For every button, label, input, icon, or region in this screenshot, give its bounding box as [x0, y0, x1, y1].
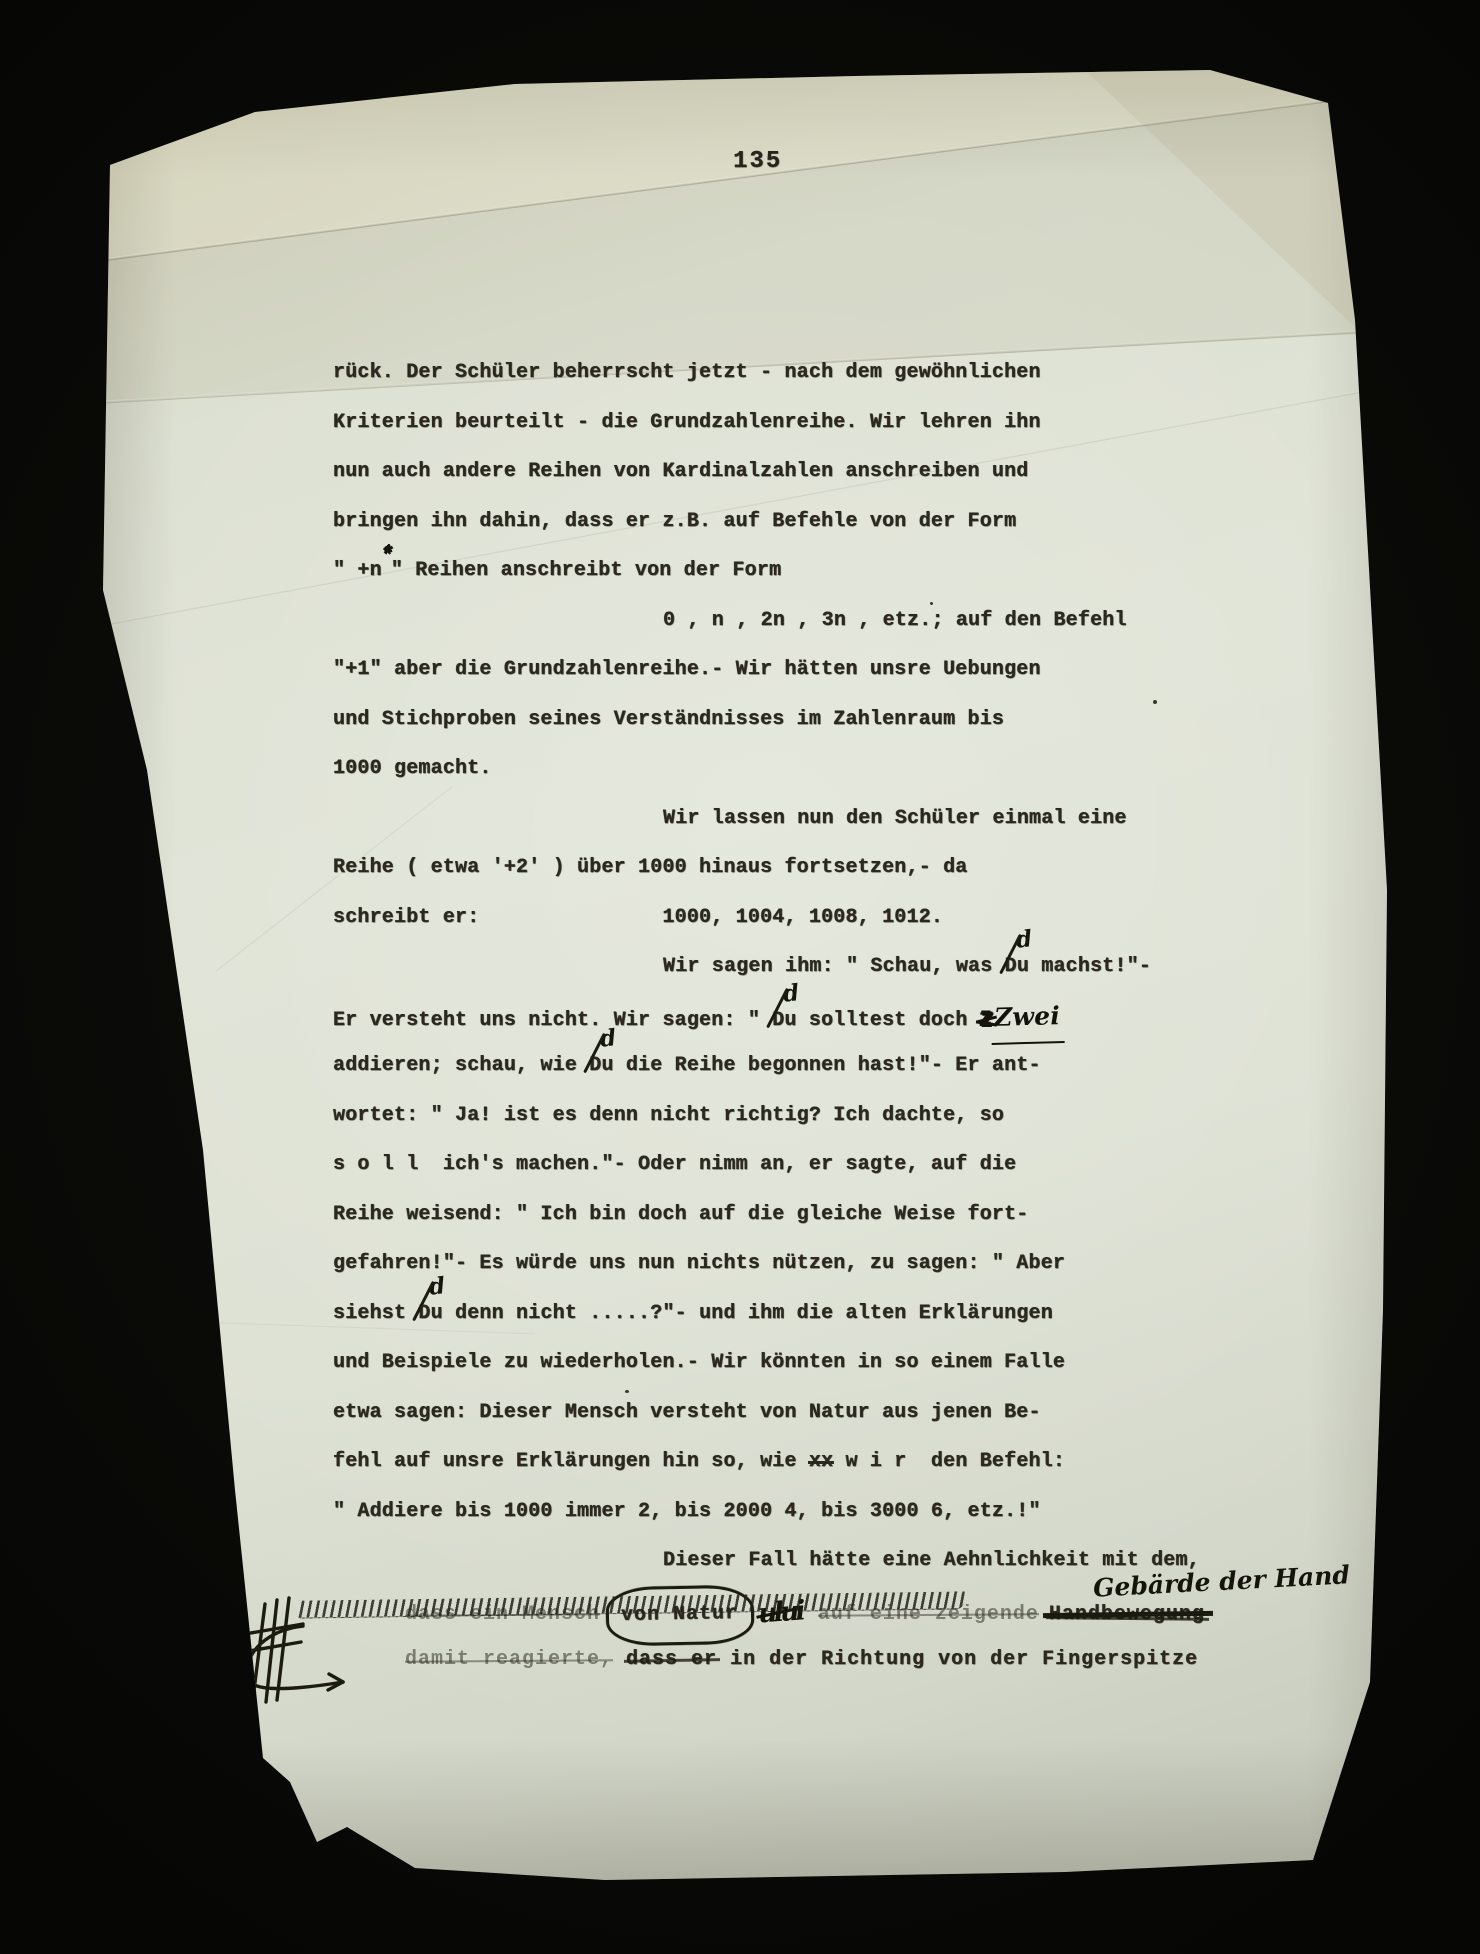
typescript-line: 1000 gemacht.: [333, 744, 1233, 794]
text-segment: fehl auf unsre Erklärungen hin so, wie: [333, 1450, 809, 1473]
text-segment: machst!"-: [1029, 955, 1151, 978]
text-segment: die Reihe begonnen hast!"- Er ant-: [614, 1054, 1041, 1077]
typescript-line: fehl auf unsre Erklärungen hin so, wie x…: [333, 1437, 1233, 1487]
text-segment: denn nicht .....?"- und ihm die alten Er…: [443, 1302, 1053, 1325]
typescript-line: schreibt er: 1000, 1004, 1008, 1012.: [333, 893, 1233, 943]
typescript-line: gefahren!"- Es würde uns nun nichts nütz…: [333, 1239, 1233, 1289]
typescript-line: und Stichproben seines Verständnisses im…: [333, 695, 1233, 745]
typescript-line: rück. Der Schüler beherrscht jetzt - nac…: [333, 348, 1233, 398]
text-segment: " Reihen anschreibt von der Form: [391, 559, 781, 582]
handwritten-zwei: Zwei: [990, 991, 1064, 1044]
typescript-line: Er versteht uns nicht. Wir sagen: " Dud …: [333, 992, 1233, 1042]
typescript-line: Wir lassen nun den Schüler einmal eine: [333, 794, 1233, 844]
struck-text: damit reagierte,: [405, 1648, 613, 1671]
typescript-line: nun auch andere Reihen von Kardinalzahle…: [333, 447, 1233, 497]
typescript-line: s o l l ich's machen."- Oder nimm an, er…: [333, 1140, 1233, 1190]
text-segment: " +n: [333, 559, 382, 582]
margin-mark-arrow: [231, 1586, 359, 1726]
text-segment: w i r den Befehl:: [833, 1450, 1065, 1473]
typescript-line: und Beispiele zu wiederholen.- Wir könnt…: [333, 1338, 1233, 1388]
text-segment: solltest doch: [797, 1009, 980, 1032]
typescript-line: etwa sagen: Dieser Mensch versteht von N…: [333, 1388, 1233, 1438]
overstrike-mark: *: [382, 544, 391, 567]
text-segment: addieren; schau, wie: [333, 1054, 589, 1077]
typescript-text: rück. Der Schüler beherrscht jetzt - nac…: [333, 348, 1233, 1685]
typescript-line: Reihe weisend: " Ich bin doch auf die gl…: [333, 1190, 1233, 1240]
struck-typo: xx: [809, 1450, 833, 1473]
du-word-corrected: Dud: [1005, 942, 1029, 992]
typescript-page: 135 rück. Der Schüler beherrscht jetzt -…: [85, 70, 1400, 1885]
typescript-line: wortet: " Ja! ist es denn nicht richtig?…: [333, 1091, 1233, 1141]
typescript-line: Kriterien beurteilt - die Grundzahlenrei…: [333, 398, 1233, 448]
typescript-line: " Addiere bis 1000 immer 2, bis 2000 4, …: [333, 1487, 1233, 1537]
typescript-line: 0 , n , 2n , 3n , etz.; auf den Befehl: [333, 596, 1233, 646]
du-word-corrected: Dud: [418, 1289, 442, 1339]
text-segment: Wir sagen ihm: " Schau, was: [663, 955, 1005, 978]
typescript-line: damit reagierte, dass er in der Richtung…: [333, 1635, 1233, 1685]
typescript-line: " +n*" Reihen anschreibt von der Form: [333, 546, 1233, 596]
text-segment: siehst: [333, 1302, 418, 1325]
text-segment: Er versteht uns nicht. Wir sagen: ": [333, 1009, 772, 1032]
typescript-line: bringen ihn dahin, dass er z.B. auf Befe…: [333, 497, 1233, 547]
du-word-corrected: Dud: [772, 996, 796, 1046]
scribbled-out-character: Z: [980, 1009, 991, 1032]
text-segment: in der Richtung von der Fingerspitze: [730, 1648, 1198, 1671]
typescript-line: siehst Dud denn nicht .....?"- und ihm d…: [333, 1289, 1233, 1339]
photo-background: 135 rück. Der Schüler beherrscht jetzt -…: [0, 0, 1480, 1954]
du-word-corrected: Dud: [589, 1041, 613, 1091]
typescript-line: Reihe ( etwa '+2' ) über 1000 hinaus for…: [333, 843, 1233, 893]
struck-text: dass er: [626, 1648, 717, 1671]
typescript-line: addieren; schau, wie Dud die Reihe begon…: [333, 1041, 1233, 1091]
page-number: 135: [733, 148, 782, 175]
typescript-line: "+1" aber die Grundzahlenreihe.- Wir hät…: [333, 645, 1233, 695]
